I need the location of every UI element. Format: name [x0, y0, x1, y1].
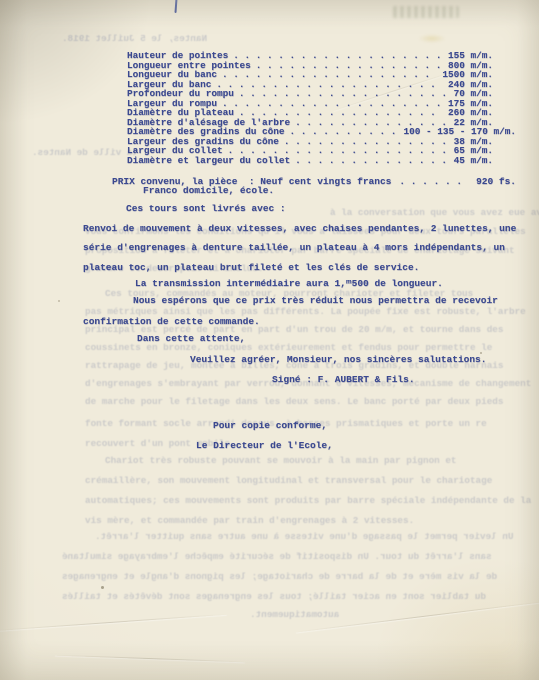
spec-label: Diamètre et largeur du collet: [127, 155, 290, 166]
spec-row: Longueur entre pointes . . . . . . . . .…: [127, 60, 493, 70]
ink-smudge: [393, 6, 459, 18]
spec-row: Hauteur de pointes . . . . . . . . . . .…: [127, 50, 493, 60]
paper-crease: [55, 655, 245, 663]
bleedthrough-line: automatiquement.: [250, 610, 339, 620]
spec-value: 45 m/m.: [454, 155, 493, 166]
bleedthrough-line: vis mère, et commandée par train d'engre…: [85, 516, 414, 526]
paper-crease: [0, 614, 227, 631]
paper-speck: [101, 586, 104, 589]
dot-leader: . . . . . . . . . . . . . . . . . . . . …: [295, 155, 446, 166]
bleedthrough-line: de marche pour le filetage dans les deux…: [85, 397, 503, 407]
typed-line: Le Directeur de l'Ecole,: [196, 441, 333, 451]
bleedthrough-line: coussinets en bronze, coniques extérieur…: [85, 343, 492, 353]
typed-line: Nous espérons que ce prix très réduit no…: [133, 296, 498, 306]
bleedthrough-line: Nantes, le 5 Juillet 1918.: [62, 34, 207, 44]
bleedthrough-line: Un levier permet le passage d'une vitess…: [95, 532, 513, 542]
bleedthrough-line: Chariot très robuste pouvant se mouvoir …: [105, 456, 456, 466]
spec-row: Largeur du banc . . . . . . . . . . . . …: [127, 79, 493, 89]
price-value: 920 fs.: [476, 176, 516, 187]
bleedthrough-line: automatiques; ces mouvements sont produi…: [85, 496, 531, 506]
spec-row: Largeur du rompu . . . . . . . . . . . .…: [127, 98, 493, 108]
typed-line: Veuillez agréer, Monsieur, nos sincères …: [190, 355, 486, 365]
typed-line: confirmation de cette commande.: [83, 317, 260, 327]
price-dot-leader: . . . . . .: [399, 176, 462, 187]
pen-mark: [174, 0, 177, 13]
spec-row: Diamètre des gradins du cône . . . . . .…: [127, 126, 493, 136]
spec-table: Hauteur de pointes . . . . . . . . . . .…: [127, 50, 493, 165]
bleedthrough-line: crémaillère, son mouvement longitudinal …: [85, 476, 492, 486]
spec-row: Profondeur du rompu . . . . . . . . . . …: [127, 88, 493, 98]
typed-line: Dans cette attente,: [137, 334, 245, 344]
typed-line: La transmission intermédiaire aura 1,ᵐ50…: [135, 279, 443, 289]
paper-speck: [58, 300, 60, 302]
bleedthrough-line: de la vis mère et de la barre de chariot…: [62, 572, 497, 582]
bleedthrough-line: sans l'arrêt du tour. Un dispositif de s…: [62, 552, 492, 562]
spec-row: Diamètre et largeur du collet . . . . . …: [127, 155, 493, 165]
typed-line: Pour copie conforme,: [213, 421, 327, 431]
bleedthrough-line: à la conversation que vous avez eue avec…: [330, 208, 539, 218]
typed-line: plateau toc, un plateau brut fileté et l…: [83, 263, 419, 273]
spec-row: Diamètre d'alésage de l'arbre . . . . . …: [127, 117, 493, 127]
typed-line: Signé : F. AUBERT & Fils.: [272, 375, 415, 385]
spec-row: Largeur des gradins du cône . . . . . . …: [127, 136, 493, 146]
scanned-letter-page: Nantes, le 5 Juillet 1918. la ville de N…: [0, 0, 539, 680]
spec-row: Diamètre du plateau . . . . . . . . . . …: [127, 107, 493, 117]
spec-row: Largeur du collet . . . . . . . . . . . …: [127, 145, 493, 155]
bleedthrough-line: du tablier sont en acier taillé; tous le…: [62, 592, 486, 602]
typed-line: Franco domicile, école.: [143, 186, 274, 196]
stain-spot: [418, 34, 446, 43]
bleedthrough-line: la ville de Nantes.: [32, 148, 138, 158]
typed-line: Renvoi de mouvement à deux vitesses, ave…: [83, 224, 516, 234]
typed-line: série d'engrenages à denture taillée, un…: [83, 243, 505, 253]
typed-line: Ces tours sont livrés avec :: [126, 204, 286, 214]
